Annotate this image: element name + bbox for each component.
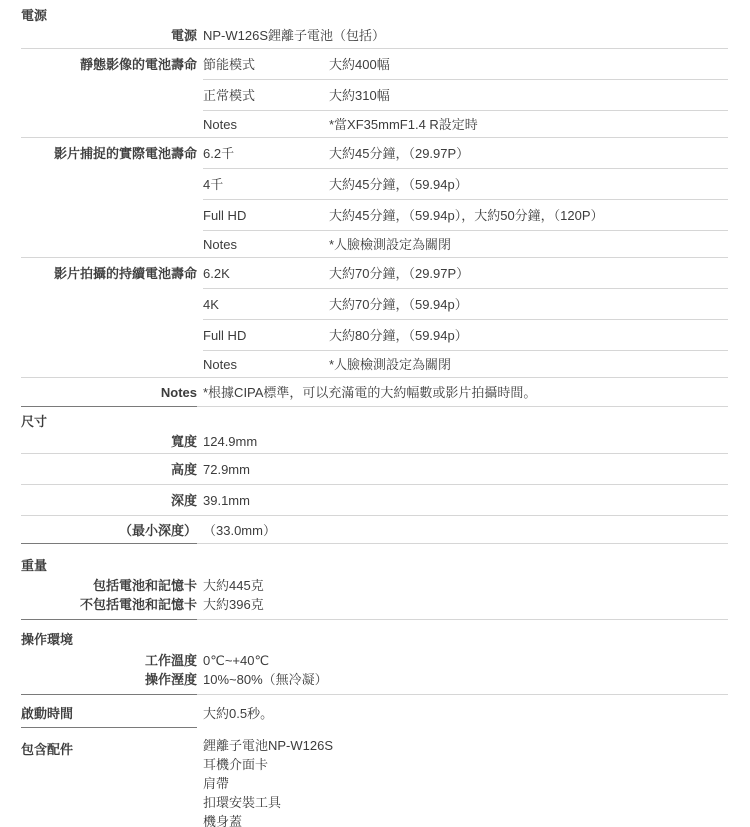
spec-row-minimum-depth: （最小深度） （33.0mm） bbox=[21, 516, 728, 543]
spec-value: 0℃~+40℃ bbox=[197, 652, 728, 669]
spec-value: 大約396克 bbox=[197, 596, 728, 613]
accessory-item: 耳機介面卡 bbox=[203, 755, 728, 774]
spec-sub-label: 4千 bbox=[203, 176, 329, 193]
spec-sub-value: 大約80分鐘，（59.94p） bbox=[329, 327, 728, 344]
spec-sub-label: 正常模式 bbox=[203, 87, 329, 104]
spec-sub-value: *人臉檢測設定為關閉 bbox=[329, 236, 728, 253]
accessory-item: 肩帶 bbox=[203, 774, 728, 793]
spec-sub-value: 大約70分鐘，（59.94p） bbox=[329, 296, 728, 313]
spec-sub-label: Full HD bbox=[203, 207, 329, 224]
spec-label: 工作溫度 bbox=[21, 652, 197, 669]
spec-label: Notes bbox=[21, 384, 197, 401]
spec-subrow-notes: Notes *當XF35mmF1.4 R設定時 bbox=[203, 110, 728, 137]
spec-label: 包含配件 bbox=[21, 736, 197, 758]
spec-label: （最小深度） bbox=[21, 522, 197, 539]
spec-label: 靜態影像的電池壽命 bbox=[21, 49, 197, 73]
spec-subrow: 4K 大約70分鐘，（59.94p） bbox=[203, 288, 728, 319]
spec-value: 大約445克 bbox=[197, 577, 728, 594]
spec-row-depth: 深度 39.1mm bbox=[21, 485, 728, 515]
spec-sub-value: 大約45分鐘，（59.94p） bbox=[329, 176, 728, 193]
spec-row-weight-without-battery: 不包括電池和記憶卡 大約396克 bbox=[21, 594, 728, 619]
spec-label: 影片拍攝的持續電池壽命 bbox=[21, 258, 197, 282]
spec-subgroup: 6.2千 大約45分鐘，（29.97P） 4千 大約45分鐘，（59.94p） … bbox=[197, 138, 728, 257]
spec-value: 10%~80%（無冷凝） bbox=[197, 671, 728, 688]
section-title-power: 電源 bbox=[21, 7, 728, 24]
spec-label: 不包括電池和記憶卡 bbox=[21, 596, 197, 613]
spec-row-operating-temperature: 工作溫度 0℃~+40℃ bbox=[21, 648, 728, 669]
spec-label: 操作溼度 bbox=[21, 671, 197, 688]
spec-sub-label: 6.2K bbox=[203, 265, 329, 282]
section-startup-time: 啟動時間 大約0.5秒。 bbox=[21, 695, 728, 728]
spec-subrow: 節能模式 大約400幅 bbox=[203, 49, 728, 79]
spec-subgroup: 6.2K 大約70分鐘，（29.97P） 4K 大約70分鐘，（59.94p） … bbox=[197, 258, 728, 377]
spec-sub-value: 大約310幅 bbox=[329, 87, 728, 104]
spec-sub-label: Notes bbox=[203, 356, 329, 373]
spec-row-still-battery-life: 靜態影像的電池壽命 節能模式 大約400幅 正常模式 大約310幅 Notes … bbox=[21, 49, 728, 137]
section-title-dimensions: 尺寸 bbox=[21, 413, 728, 430]
spec-row-included-accessories: 包含配件 鋰離子電池NP-W126S 耳機介面卡 肩帶 扣環安裝工具 機身蓋 bbox=[21, 728, 728, 827]
spec-row-notes-cipa: Notes *根據CIPA標準，可以充滿電的大約幅數或影片拍攝時間。 bbox=[21, 378, 728, 406]
spec-sub-value: *當XF35mmF1.4 R設定時 bbox=[329, 116, 728, 133]
spec-subrow: 4千 大約45分鐘，（59.94p） bbox=[203, 168, 728, 199]
spec-sub-value: 大約45分鐘，（59.94p），大約50分鐘，（120P） bbox=[329, 207, 728, 224]
spec-subrow: Full HD 大約80分鐘，（59.94p） bbox=[203, 319, 728, 350]
spec-value: 72.9mm bbox=[197, 461, 728, 478]
spec-sub-label: 節能模式 bbox=[203, 56, 329, 73]
spec-sub-label: Full HD bbox=[203, 327, 329, 344]
spec-sub-value: 大約70分鐘，（29.97P） bbox=[329, 265, 728, 282]
spec-value: （33.0mm） bbox=[197, 522, 728, 539]
section-title-operating-environment: 操作環境 bbox=[21, 631, 728, 648]
spec-sub-value: 大約400幅 bbox=[329, 56, 728, 73]
spec-label: 包括電池和記憶卡 bbox=[21, 577, 197, 594]
spec-sub-value: 大約45分鐘，（29.97P） bbox=[329, 145, 728, 162]
section-divider bbox=[21, 406, 728, 407]
spec-row-operating-humidity: 操作溼度 10%~80%（無冷凝） bbox=[21, 669, 728, 694]
spec-label: 高度 bbox=[21, 461, 197, 478]
spec-sheet: 電源 電源 NP-W126S鋰離子電池（包括） 靜態影像的電池壽命 節能模式 大… bbox=[0, 0, 750, 827]
spec-row-height: 高度 72.9mm bbox=[21, 454, 728, 484]
spec-label: 啟動時間 bbox=[21, 705, 197, 722]
spec-value: 大約0.5秒。 bbox=[197, 705, 728, 722]
spec-row-power-source: 電源 NP-W126S鋰離子電池（包括） bbox=[21, 24, 728, 48]
spec-subrow: Full HD 大約45分鐘，（59.94p），大約50分鐘，（120P） bbox=[203, 199, 728, 230]
section-operating-environment: 操作環境 工作溫度 0℃~+40℃ 操作溼度 10%~80%（無冷凝） bbox=[21, 631, 728, 695]
spec-value: *根據CIPA標準，可以充滿電的大約幅數或影片拍攝時間。 bbox=[197, 384, 728, 401]
section-title-weight: 重量 bbox=[21, 557, 728, 574]
spec-subrow-notes: Notes *人臉檢測設定為關閉 bbox=[203, 230, 728, 257]
spec-row-movie-continuous-battery-life: 影片拍攝的持續電池壽命 6.2K 大約70分鐘，（29.97P） 4K 大約70… bbox=[21, 258, 728, 377]
section-dimensions: 尺寸 寬度 124.9mm 高度 72.9mm 深度 39.1mm （最小深度）… bbox=[21, 413, 728, 544]
spec-sub-value: *人臉檢測設定為關閉 bbox=[329, 356, 728, 373]
spec-subgroup: 節能模式 大約400幅 正常模式 大約310幅 Notes *當XF35mmF1… bbox=[197, 49, 728, 137]
spec-value: 124.9mm bbox=[197, 433, 728, 450]
section-weight: 重量 包括電池和記憶卡 大約445克 不包括電池和記憶卡 大約396克 bbox=[21, 557, 728, 620]
spec-label: 深度 bbox=[21, 492, 197, 509]
accessory-item: 扣環安裝工具 bbox=[203, 793, 728, 812]
spec-subrow: 6.2千 大約45分鐘，（29.97P） bbox=[203, 138, 728, 168]
section-power: 電源 電源 NP-W126S鋰離子電池（包括） 靜態影像的電池壽命 節能模式 大… bbox=[21, 7, 728, 407]
spec-subrow: 6.2K 大約70分鐘，（29.97P） bbox=[203, 258, 728, 288]
section-divider bbox=[21, 543, 728, 544]
spec-label: 電源 bbox=[21, 27, 197, 44]
spec-sub-label: 4K bbox=[203, 296, 329, 313]
spec-value: 39.1mm bbox=[197, 492, 728, 509]
spec-row-width: 寬度 124.9mm bbox=[21, 430, 728, 453]
spec-row-weight-with-battery: 包括電池和記憶卡 大約445克 bbox=[21, 574, 728, 594]
spec-value: NP-W126S鋰離子電池（包括） bbox=[197, 27, 728, 44]
section-divider bbox=[21, 619, 728, 620]
spec-sub-label: 6.2千 bbox=[203, 145, 329, 162]
accessory-item: 機身蓋 bbox=[203, 812, 728, 827]
spec-sub-label: Notes bbox=[203, 116, 329, 133]
spec-label: 寬度 bbox=[21, 433, 197, 450]
spec-subrow-notes: Notes *人臉檢測設定為關閉 bbox=[203, 350, 728, 377]
spec-row-startup-time: 啟動時間 大約0.5秒。 bbox=[21, 695, 728, 727]
section-included-accessories: 包含配件 鋰離子電池NP-W126S 耳機介面卡 肩帶 扣環安裝工具 機身蓋 bbox=[21, 728, 728, 827]
spec-label: 影片捕捉的實際電池壽命 bbox=[21, 138, 197, 162]
spec-sub-label: Notes bbox=[203, 236, 329, 253]
spec-subrow: 正常模式 大約310幅 bbox=[203, 79, 728, 110]
spec-row-movie-capture-battery-life: 影片捕捉的實際電池壽命 6.2千 大約45分鐘，（29.97P） 4千 大約45… bbox=[21, 138, 728, 257]
accessories-list: 鋰離子電池NP-W126S 耳機介面卡 肩帶 扣環安裝工具 機身蓋 bbox=[197, 736, 728, 827]
accessory-item: 鋰離子電池NP-W126S bbox=[203, 736, 728, 755]
